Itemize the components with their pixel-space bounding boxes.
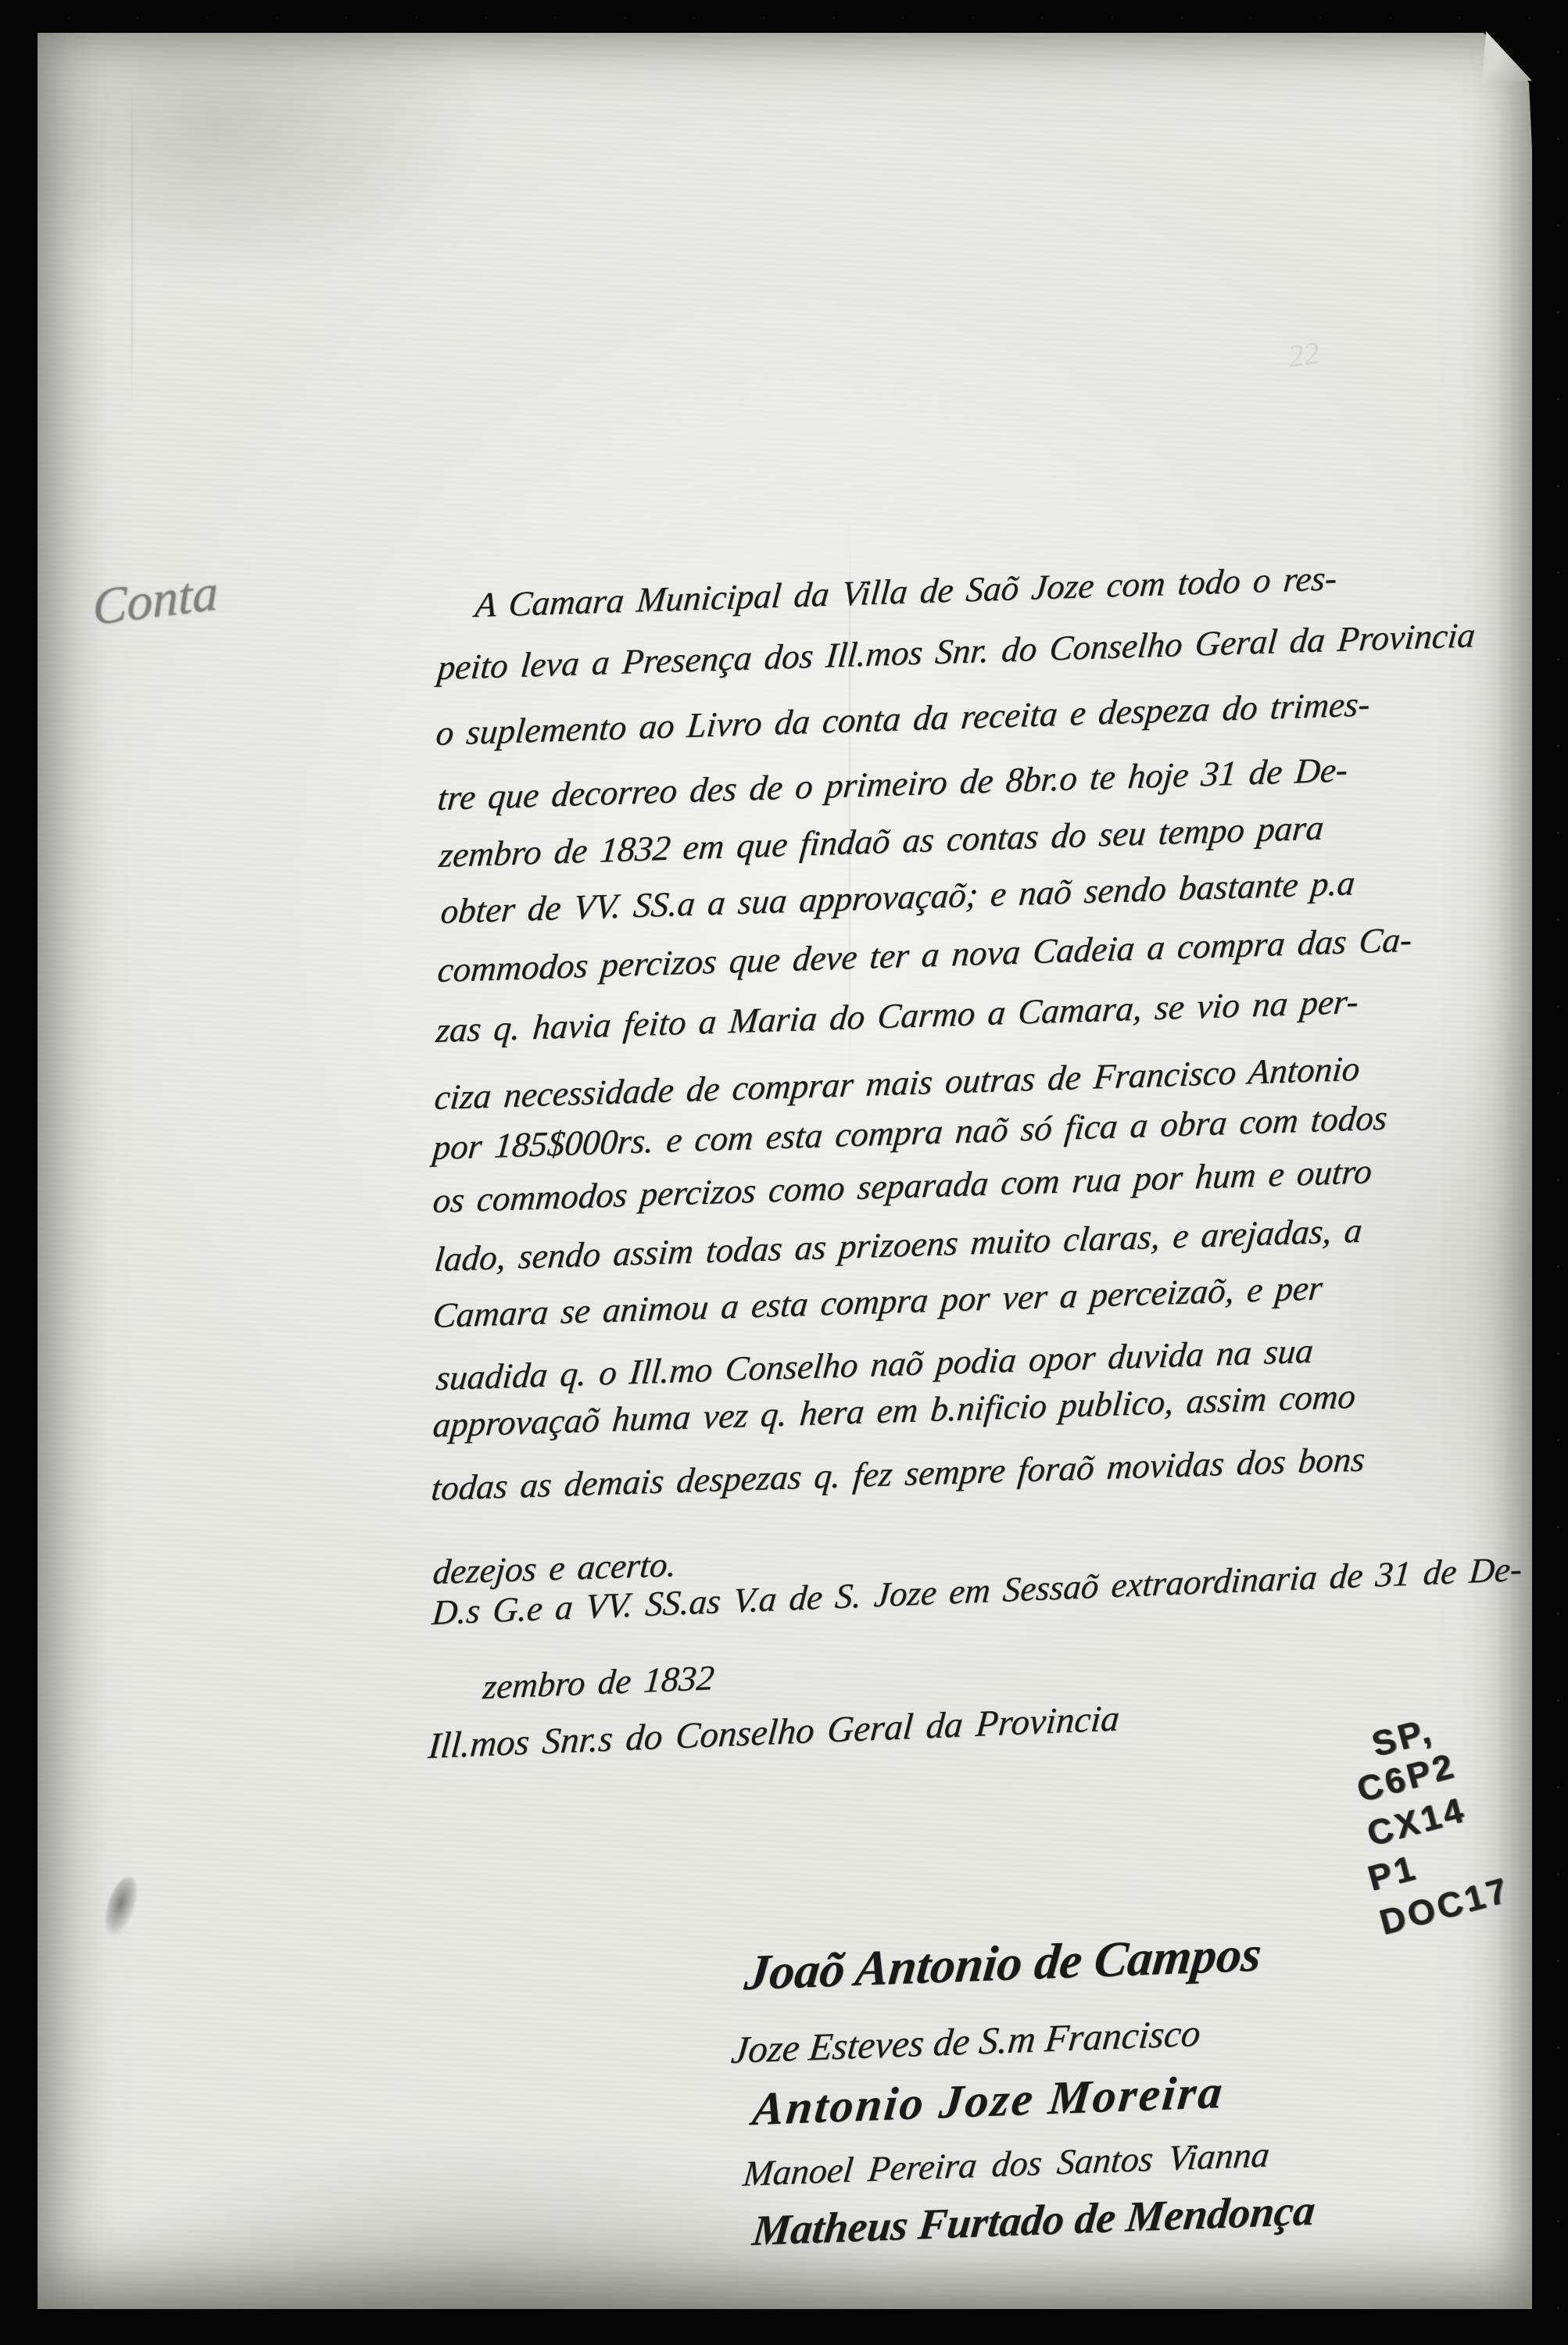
paper-sheet: Conta 22 A Camara Municipal da Villa de … bbox=[38, 33, 1532, 2309]
paper-edge-tear bbox=[1558, 1192, 1568, 1202]
signature: Antonio Joze Moreira bbox=[750, 2065, 1226, 2136]
ink-smudge bbox=[99, 1874, 143, 1940]
manuscript-line: obter de VV. SS.a a sua approvaçaõ; e na… bbox=[439, 862, 1357, 932]
signature: Joaõ Antonio de Campos bbox=[742, 1925, 1264, 2003]
manuscript-line: o suplemento ao Livro da conta da receit… bbox=[435, 683, 1372, 754]
manuscript-line: todas as demais despezas q. fez sempre f… bbox=[430, 1438, 1367, 1509]
manuscript-line: zas q. havia feito a Maria do Carmo a Ca… bbox=[435, 981, 1360, 1051]
manuscript-line: tre que decorreo des de o primeiro de 8b… bbox=[436, 749, 1350, 818]
paper-crease-line bbox=[849, 517, 850, 1080]
valediction-date-line: zembro de 1832 bbox=[481, 1657, 716, 1707]
faint-page-number: 22 bbox=[1286, 334, 1322, 374]
scanner-background: Conta 22 A Camara Municipal da Villa de … bbox=[0, 0, 1568, 2345]
signature: Matheus Furtado de Mendonça bbox=[750, 2185, 1318, 2255]
manuscript-line: peito leva a Presença dos Ill.mos Snr. d… bbox=[436, 614, 1477, 688]
folded-corner bbox=[1482, 31, 1532, 83]
manuscript-line: Camara se animou a esta compra por ver a… bbox=[431, 1267, 1324, 1336]
pencil-annotation: Conta bbox=[92, 563, 218, 638]
archive-reference-stamp: SP, C6P2 CX14 P1 DOC17 bbox=[1355, 1716, 1515, 1946]
manuscript-line: commodos percizos que deve ter a nova Ca… bbox=[436, 919, 1414, 990]
manuscript-line: zembro de 1832 em que findaõ as contas d… bbox=[438, 807, 1326, 875]
manuscript-line: A Camara Municipal da Villa de Saõ Joze … bbox=[474, 557, 1339, 625]
address-line: Ill.mos Snr.s do Conselho Geral da Provi… bbox=[427, 1697, 1121, 1767]
signature: Joze Esteves de S.m Francisco bbox=[729, 2010, 1203, 2072]
paper-crease-line bbox=[131, 80, 133, 408]
signature: Manoel Pereira dos Santos Vianna bbox=[741, 2133, 1271, 2194]
manuscript-line: lado, sendo assim todas as prizoens muit… bbox=[433, 1210, 1364, 1280]
